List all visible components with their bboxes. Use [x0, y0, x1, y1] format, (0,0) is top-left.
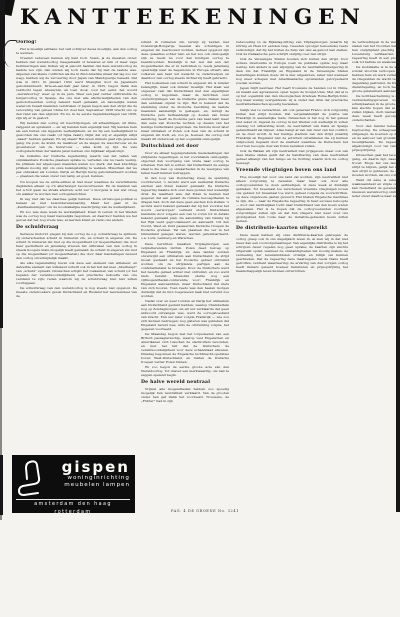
article-paragraph: Ook de Vereenigde Staten houden zich bui… — [236, 57, 348, 85]
article-paragraph: Intusschen gaat het leven hier te lande … — [352, 153, 400, 177]
article-heading: De schuldvraag — [16, 225, 137, 230]
title-letter: E — [318, 6, 334, 30]
title-letter: N — [67, 6, 87, 30]
column-4: de verhoudingen in de wereld zich wijzig… — [352, 40, 400, 507]
column-2: schuld in ruimeren zin, terwijl zij beid… — [141, 40, 229, 507]
title-letter: E — [205, 6, 221, 30]
title-letter: N — [227, 6, 247, 30]
article-heading: Oorlog! — [16, 40, 137, 45]
article-paragraph: Hoe moeilijk het voor ons land zal worde… — [236, 175, 348, 223]
page-title: KANTTEEKENINGEN — [20, 6, 360, 32]
article-paragraph: Door de elkaar tegensprekende mededeelin… — [141, 151, 229, 175]
title-letter: N — [268, 6, 288, 30]
title-letter: N — [340, 6, 360, 30]
article-paragraph: De Maandag begon met het torpedeeren van… — [141, 332, 229, 364]
article-paragraph: Serieuze historici plegen bij den oorlog… — [16, 232, 137, 260]
article-paragraph: Japan blijft neutraal. Het heeft trouwen… — [236, 86, 348, 106]
article-paragraph: Ook de Balkan wil zijn neutraliteit niet… — [236, 149, 348, 165]
scan-left-border — [0, 0, 5, 130]
article-heading: De distributie-kaarten uitgereikt — [236, 226, 348, 231]
title-letter: E — [136, 6, 152, 30]
column-3: redevoering in de Rijksdag-zitting van V… — [236, 40, 348, 507]
article-paragraph: Ik zeg niet dat we daarmee gelijk hebben… — [16, 197, 137, 209]
article-paragraph: Wij kenden den oorlog uit beschrijvingen… — [16, 121, 137, 153]
scan-left-mark-1 — [0, 258, 3, 328]
scan-left-mark-2 — [0, 455, 3, 515]
article-paragraph: De bulletins der Duitsche legerleiding w… — [16, 154, 137, 178]
gispen-logo: gispen — [48, 460, 130, 475]
ad-line-1: woninginrichting — [48, 475, 130, 482]
article-paragraph: Vreemd: iedereen kennen wij hem toch. Ve… — [16, 56, 137, 120]
title-letter: A — [44, 6, 61, 30]
pen-bracket-mark — [3, 40, 16, 67]
ad-line-2: meubelen lampen — [48, 482, 130, 489]
page-footer: PAG. 4 DE GROENE No. 3241 — [140, 509, 270, 513]
article-paragraph: In den loop van Donderdag steeg de spann… — [141, 176, 229, 240]
title-letter: G — [294, 6, 312, 30]
article-paragraph: De luchtbescherming is overal ter hand g… — [352, 94, 400, 122]
article-paragraph: Want dit ééne is zeker: slechts door een… — [352, 178, 400, 198]
column-1: Oorlog!Het is moeilijk (althans: het val… — [16, 40, 137, 452]
article-paragraph: Nadat over en weer Londen en Parijs het … — [141, 299, 229, 331]
article-paragraph: Het is moeilijk (althans: het valt schri… — [16, 47, 137, 55]
title-letter: I — [253, 6, 263, 30]
ad-cities: amsterdam den haag rotterdam — [16, 499, 130, 516]
article-paragraph: Voor den handel beteekent de oorlog een … — [352, 124, 400, 152]
article-paragraph: Gelijk viel te verwachten, wil ook gener… — [236, 108, 348, 148]
article-paragraph: Vrijwel alle mogendheden hebben zoo spoe… — [141, 387, 229, 403]
article-paragraph: En zoo begon de eerste groote acte van d… — [141, 365, 229, 377]
article-paragraph: Het toekennen van schuld in engeren zin … — [141, 81, 229, 141]
article-paragraph: Deze week hebben wij onze distributie-ka… — [236, 233, 348, 273]
newspaper-page: KANTTEEKENINGEN Oorlog!Het is moeilijk (… — [0, 0, 400, 617]
article-paragraph: De mobilisatie is in de afgeloopen dagen… — [352, 65, 400, 93]
article-heading: De halve wereld neutraal — [141, 380, 229, 385]
article-paragraph: de verhoudingen in de wereld zich wijzig… — [352, 40, 400, 64]
gispen-advert: gispen woninginrichting meubelen lampen … — [12, 455, 135, 513]
article-paragraph: Deze berichten maakten Vrijdagmorgen een… — [141, 242, 229, 298]
article-paragraph: De schuldvraag van den wereldoorlog is n… — [16, 286, 137, 298]
title-letter: T — [114, 6, 130, 30]
article-paragraph: En zoo was deze week de werkelijkheid: P… — [16, 210, 137, 222]
article-paragraph: redevoering in de Rijksdag-zitting van V… — [236, 40, 348, 56]
chair-icon — [16, 459, 48, 497]
article-heading: Duitschland zet door — [141, 144, 229, 149]
article-paragraph: Als elke tegenstelling bevat ook deze ee… — [16, 261, 137, 285]
title-letter: T — [92, 6, 108, 30]
article-paragraph: schuld in ruimeren zin, terwijl zij beid… — [141, 40, 229, 80]
article-paragraph: Nu koopen we de extra-edities al niet me… — [16, 180, 137, 196]
article-heading: Vreemde vliegtuigen boven ons land — [236, 168, 348, 173]
title-letter: K — [20, 6, 39, 30]
title-letter: K — [180, 6, 199, 30]
title-letter: E — [158, 6, 174, 30]
